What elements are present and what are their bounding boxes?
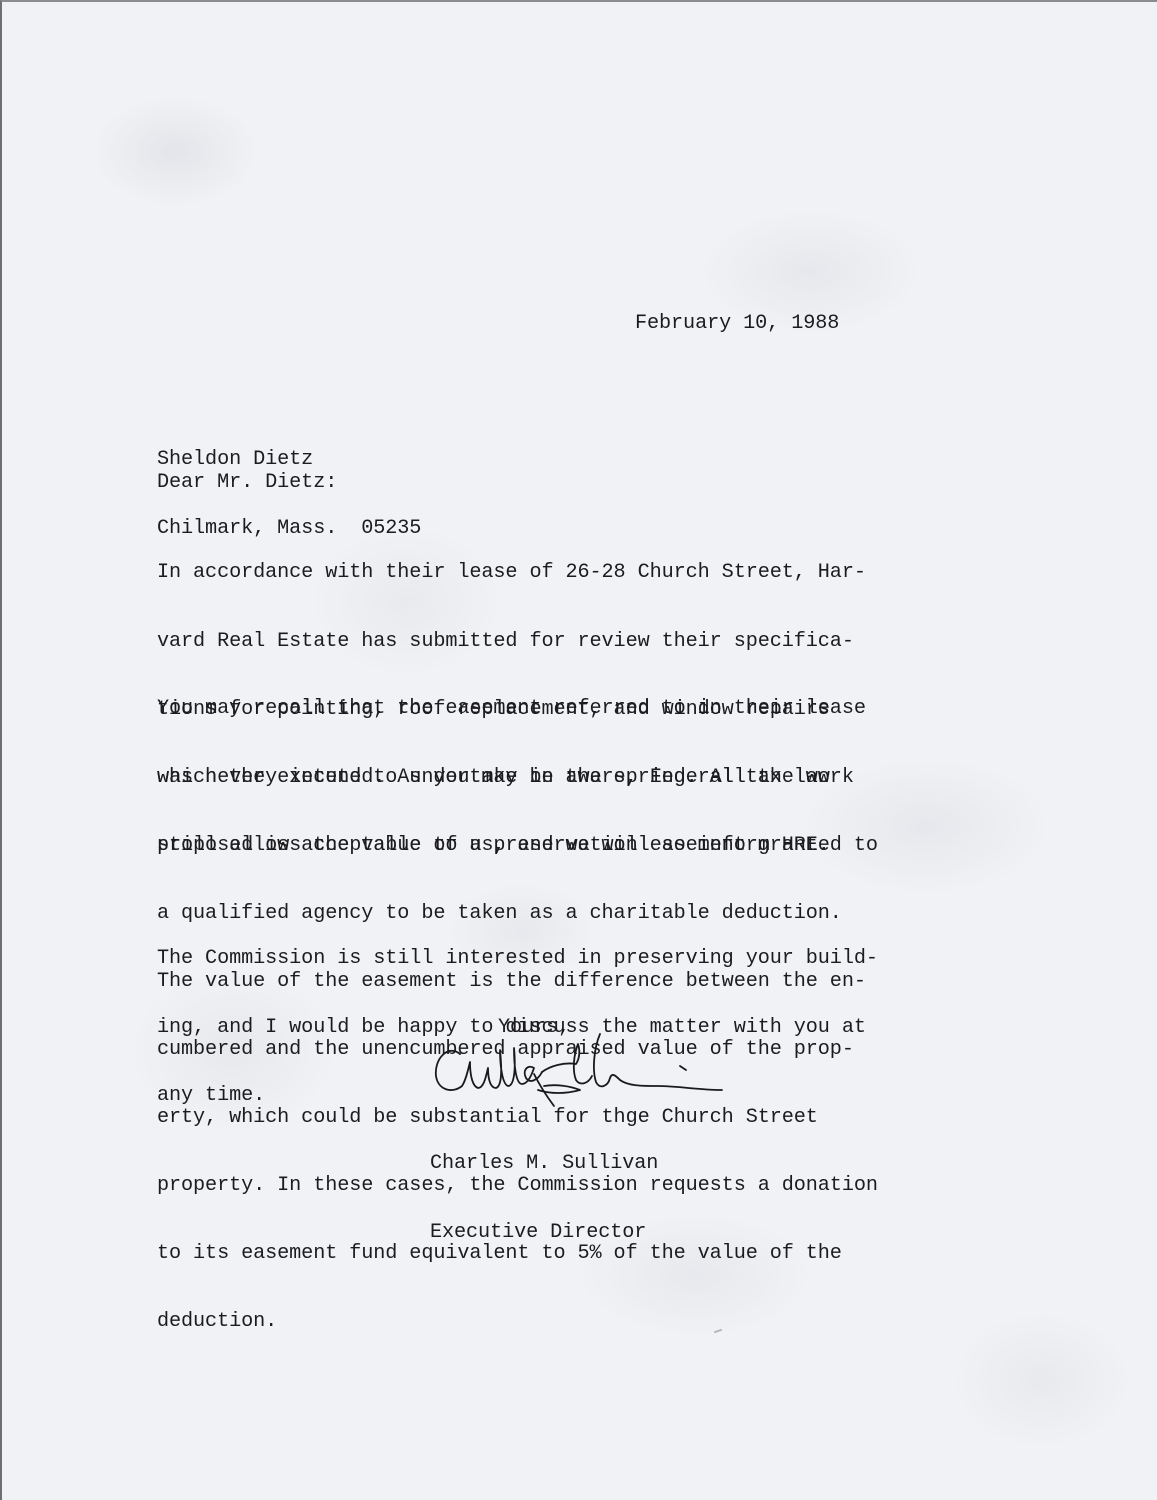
paragraph-line: still allows the value of a preservation…	[157, 835, 878, 858]
recipient-name: Sheldon Dietz	[157, 449, 421, 472]
paragraph-line: In accordance with their lease of 26-28 …	[157, 562, 866, 585]
paragraph-line: You may recall that the easement referre…	[157, 698, 878, 721]
paragraph-line: was never executed. As you may be aware,…	[157, 767, 878, 790]
signer-title: Executive Director	[430, 1222, 658, 1245]
signer-block: Charles M. Sullivan Executive Director	[430, 1108, 658, 1290]
paragraph-line: The Commission is still interested in pr…	[157, 948, 878, 971]
letter-date: February 10, 1988	[635, 313, 839, 336]
letter-page: February 10, 1988 Sheldon Dietz Chilmark…	[0, 0, 1157, 1500]
signer-name: Charles M. Sullivan	[430, 1153, 658, 1176]
paragraph-line: deduction.	[157, 1311, 878, 1334]
paragraph-line: vard Real Estate has submitted for revie…	[157, 631, 866, 654]
salutation: Dear Mr. Dietz:	[157, 472, 337, 495]
handwritten-signature	[430, 1014, 730, 1114]
